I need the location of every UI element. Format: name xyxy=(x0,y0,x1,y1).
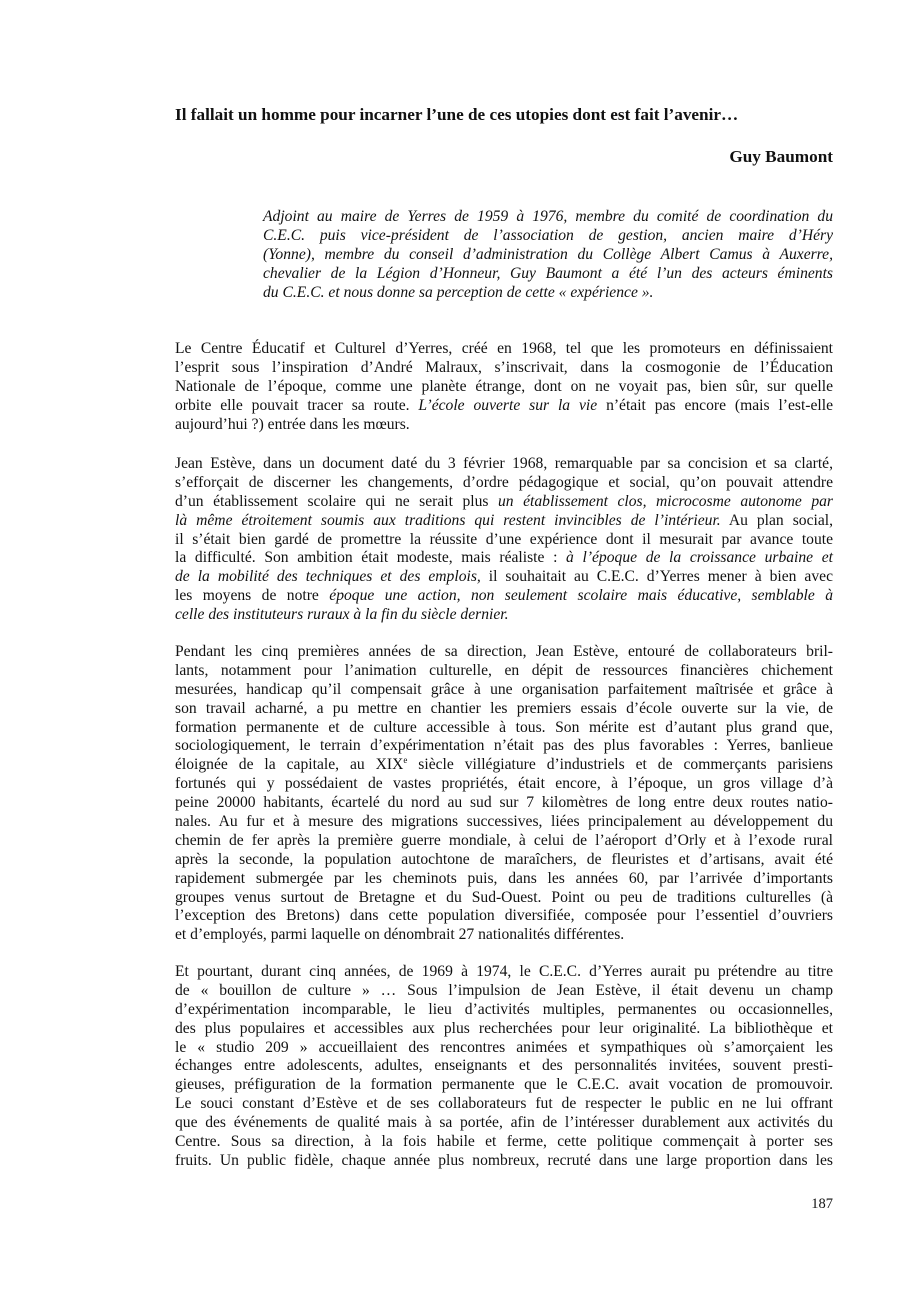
text-line: de la mobilité des techniques et des emp… xyxy=(175,568,833,587)
author-bio-abstract: Adjoint au maire de Yerres de 1959 à 197… xyxy=(263,207,833,302)
text-line: orbite elle pouvait tracer sa route. L’é… xyxy=(175,397,833,416)
text-line: chemin de fer après la première guerre m… xyxy=(175,832,833,851)
text-line: son travail acharné, a pu mettre en chan… xyxy=(175,700,833,719)
italic-phrase: un établissement clos, microcosme autono… xyxy=(498,493,833,510)
text-line: aujourd’hui ?) entrée dans les mœurs. xyxy=(175,416,833,435)
text-run: les moyens de notre xyxy=(175,587,329,604)
text-line: Le Centre Éducatif et Culturel d’Yerres,… xyxy=(175,340,833,359)
text-line: et d’employés, parmi laquelle on dénombr… xyxy=(175,926,833,945)
text-run: mesurées, handicap qu’il compensait grâc… xyxy=(175,681,833,698)
text-line: fortunés qui y possédaient de vastes pro… xyxy=(175,775,833,794)
abstract-line: C.E.C. puis vice-président de l’associat… xyxy=(263,226,833,245)
text-run: chemin de fer après la première guerre m… xyxy=(175,832,833,849)
document-page: Il fallait un homme pour incarner l’une … xyxy=(0,0,921,1303)
text-run: groupes venus surtout de Bretagne et du … xyxy=(175,889,833,906)
text-run: Le souci constant d’Estève et de ses col… xyxy=(175,1095,833,1112)
body-paragraph: Pendant les cinq premières années de sa … xyxy=(175,643,833,945)
abstract-line: Adjoint au maire de Yerres de 1959 à 197… xyxy=(263,207,833,226)
text-run: le « studio 209 » accueillaient des renc… xyxy=(175,1039,833,1056)
text-line: Centre. Sous sa direction, à la fois hab… xyxy=(175,1133,833,1152)
italic-phrase: de la mobilité des techniques et des emp… xyxy=(175,568,481,585)
text-run: fortunés qui y possédaient de vastes pro… xyxy=(175,775,833,792)
text-line: là même étroitement soumis aux tradition… xyxy=(175,512,833,531)
text-run: aujourd’hui ?) entrée dans les mœurs. xyxy=(175,416,410,433)
text-line: après la seconde, la population autochto… xyxy=(175,851,833,870)
italic-phrase: celle des instituteurs ruraux à la fin d… xyxy=(175,606,508,623)
text-run: après la seconde, la population autochto… xyxy=(175,851,833,868)
text-line: groupes venus surtout de Bretagne et du … xyxy=(175,889,833,908)
text-line: le « studio 209 » accueillaient des renc… xyxy=(175,1039,833,1058)
text-run: il s’était bien gardé de promettre la ré… xyxy=(175,531,833,548)
text-line: sociologiquement, le terrain d’expérimen… xyxy=(175,737,833,756)
text-line: les moyens de notre époque une action, n… xyxy=(175,587,833,606)
text-line: d’expérimentation incomparable, le lieu … xyxy=(175,1001,833,1020)
text-run: Centre. Sous sa direction, à la fois hab… xyxy=(175,1133,833,1150)
text-run: orbite elle pouvait tracer sa route. xyxy=(175,397,418,414)
text-run: Le Centre Éducatif et Culturel d’Yerres,… xyxy=(175,340,833,357)
text-run: d’un établissement scolaire qui ne serai… xyxy=(175,493,498,510)
text-line: Pendant les cinq premières années de sa … xyxy=(175,643,833,662)
text-run: il souhaitait au C.E.C. d’Yerres mener à… xyxy=(481,568,833,585)
text-run: n’était pas encore (mais l’est-elle xyxy=(597,397,833,414)
text-line: mesurées, handicap qu’il compensait grâc… xyxy=(175,681,833,700)
body-paragraph: Et pourtant, durant cinq années, de 1969… xyxy=(175,963,833,1171)
italic-phrase: là même étroitement soumis aux tradition… xyxy=(175,512,721,529)
text-line: Et pourtant, durant cinq années, de 1969… xyxy=(175,963,833,982)
text-run: son travail acharné, a pu mettre en chan… xyxy=(175,700,833,717)
text-line: peine 20000 habitants, écartelé du nord … xyxy=(175,794,833,813)
text-run: s’efforçait de discerner les changements… xyxy=(175,474,833,491)
text-run: rapidement submergée par les cheminots p… xyxy=(175,870,833,887)
text-run: l’exception des Bretons) dans cette popu… xyxy=(175,907,833,924)
page-number: 187 xyxy=(811,1196,833,1213)
text-run: formation permanente et de culture acces… xyxy=(175,719,833,736)
body-paragraph: Jean Estève, dans un document daté du 3 … xyxy=(175,455,833,625)
italic-phrase: à l’époque de la croissance urbaine et xyxy=(566,549,833,566)
abstract-line: du C.E.C. et nous donne sa perception de… xyxy=(263,283,833,302)
text-line: formation permanente et de culture acces… xyxy=(175,719,833,738)
text-line: l’esprit sous l’inspiration d’André Malr… xyxy=(175,359,833,378)
text-run: Et pourtant, durant cinq années, de 1969… xyxy=(175,963,833,980)
text-line: l’exception des Bretons) dans cette popu… xyxy=(175,907,833,926)
text-line: nales. Au fur et à mesure des migrations… xyxy=(175,813,833,832)
article-author: Guy Baumont xyxy=(729,147,833,167)
text-run: peine 20000 habitants, écartelé du nord … xyxy=(175,794,833,811)
text-line: gieuses, préfiguration de la formation p… xyxy=(175,1076,833,1095)
italic-phrase: époque une action, non seulement scolair… xyxy=(329,587,833,604)
text-line: lants, notamment pour l’animation cultur… xyxy=(175,662,833,681)
text-run: échanges entre adolescents, adultes, ens… xyxy=(175,1057,833,1074)
text-run: et d’employés, parmi laquelle on dénombr… xyxy=(175,926,624,943)
article-title: Il fallait un homme pour incarner l’une … xyxy=(175,105,738,125)
text-line: rapidement submergée par les cheminots p… xyxy=(175,870,833,889)
text-line: que des événements de qualité mais à sa … xyxy=(175,1114,833,1133)
abstract-line: chevalier de la Légion d’Honneur, Guy Ba… xyxy=(263,264,833,283)
text-run: Nationale de l’époque, comme une planète… xyxy=(175,378,833,395)
text-run: fruits. Un public fidèle, chaque année p… xyxy=(175,1152,833,1169)
text-run: nales. Au fur et à mesure des migrations… xyxy=(175,813,833,830)
text-run: Pendant les cinq premières années de sa … xyxy=(175,643,833,660)
text-run: siècle villégiature d’industriels et de … xyxy=(407,756,833,773)
text-run: éloignée de la capitale, au XIX xyxy=(175,756,403,773)
text-run: lants, notamment pour l’animation cultur… xyxy=(175,662,833,679)
text-line: des plus populaires et accessibles aux p… xyxy=(175,1020,833,1039)
text-run: l’esprit sous l’inspiration d’André Malr… xyxy=(175,359,833,376)
text-line: la difficulté. Son ambition était modest… xyxy=(175,549,833,568)
text-line: Le souci constant d’Estève et de ses col… xyxy=(175,1095,833,1114)
text-run: sociologiquement, le terrain d’expérimen… xyxy=(175,737,833,754)
body-paragraph: Le Centre Éducatif et Culturel d’Yerres,… xyxy=(175,340,833,434)
text-line: il s’était bien gardé de promettre la ré… xyxy=(175,531,833,550)
abstract-line: (Yonne), membre du conseil d’administrat… xyxy=(263,245,833,264)
text-line: Nationale de l’époque, comme une planète… xyxy=(175,378,833,397)
text-run: gieuses, préfiguration de la formation p… xyxy=(175,1076,833,1093)
text-line: s’efforçait de discerner les changements… xyxy=(175,474,833,493)
text-line: fruits. Un public fidèle, chaque année p… xyxy=(175,1152,833,1171)
text-line: Jean Estève, dans un document daté du 3 … xyxy=(175,455,833,474)
text-run: Au plan social, xyxy=(721,512,833,529)
text-line: échanges entre adolescents, adultes, ens… xyxy=(175,1057,833,1076)
italic-phrase: L’école ouverte sur la vie xyxy=(418,397,597,414)
text-run: la difficulté. Son ambition était modest… xyxy=(175,549,566,566)
text-line: celle des instituteurs ruraux à la fin d… xyxy=(175,606,833,625)
text-run: que des événements de qualité mais à sa … xyxy=(175,1114,833,1131)
text-run: des plus populaires et accessibles aux p… xyxy=(175,1020,833,1037)
text-line: de « bouillon de culture » … Sous l’impu… xyxy=(175,982,833,1001)
text-run: Jean Estève, dans un document daté du 3 … xyxy=(175,455,833,472)
text-run: de « bouillon de culture » … Sous l’impu… xyxy=(175,982,833,999)
text-line: éloignée de la capitale, au XIXe siècle … xyxy=(175,756,833,775)
text-run: d’expérimentation incomparable, le lieu … xyxy=(175,1001,833,1018)
text-line: d’un établissement scolaire qui ne serai… xyxy=(175,493,833,512)
